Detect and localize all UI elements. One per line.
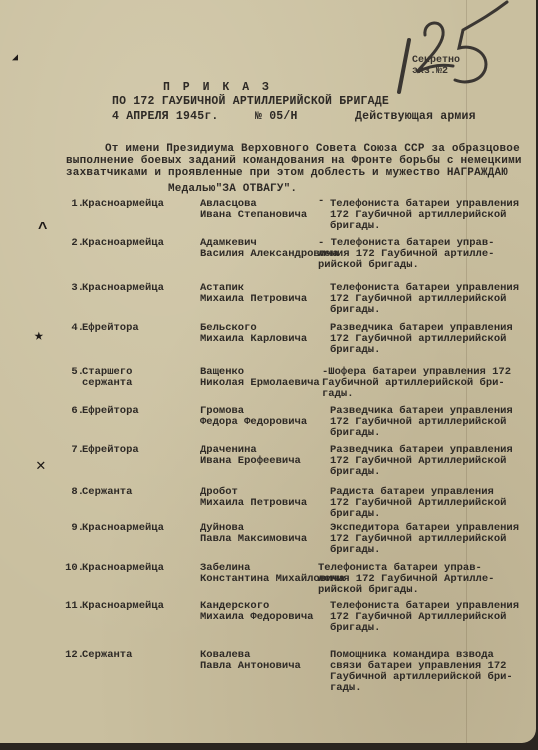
recipient-entry: 12.СержантаКовалева Павла АнтоновичаПомо… [0,650,538,720]
entry-rank: Красноармейца [82,601,164,612]
entry-number: 12. [58,650,84,661]
entry-name: Дробот Михаила Петровича [200,487,307,509]
entry-name: Авласцова Ивана Степановича [200,199,307,221]
margin-mark-star: ★ [34,325,44,345]
entry-rank: Красноармейца [82,283,164,294]
document-number: № 05/Н [255,111,298,122]
entry-position: -Шофера батареи управления 172 Гаубичной… [322,367,511,400]
handwritten-number-125 [395,0,515,95]
entry-rank: Ефрейтора [82,323,139,334]
preamble-line-3: захватчиками и проявленные при этом добл… [66,168,508,179]
entry-name: Ващенко Николая Ермолаевича [200,367,320,389]
entry-number: 5. [58,367,84,378]
entry-position: Телефониста батареи управления 172 Гауби… [330,601,519,634]
entry-name: Драченина Ивана Ерофеевича [200,445,301,467]
award-name: Медалью"ЗА ОТВАГУ". [168,184,297,195]
entry-number: 7. [58,445,84,456]
entry-rank: Сержанта [82,650,132,661]
margin-mark-ink: ◢ [12,52,18,64]
entry-position: Разведчика батареи управления 172 Гаубич… [330,445,513,478]
entry-rank: Старшего сержанта [82,367,132,389]
stamp-line-2: экз.№2 [412,66,460,77]
document-subtitle: ПО 172 ГАУБИЧНОЙ АРТИЛЛЕРИЙСКОЙ БРИГАДЕ [112,96,389,107]
entry-name: Бельского Михаила Карловича [200,323,307,345]
margin-mark-ink: ✕ [36,455,46,475]
entry-position: Радиста батареи управления 172 Гаубичной… [330,487,506,520]
entry-number: 4. [58,323,84,334]
entry-position: Экспедитора батареи управления 172 Гауби… [330,523,519,556]
entry-rank: Красноармейца [82,563,164,574]
document-date: 4 АПРЕЛЯ 1945г. [112,111,219,122]
entry-position: Помощника командира взвода связи батареи… [330,650,513,694]
entry-position: Телефониста батареи управ- ления 172 Гау… [318,563,494,596]
preamble-line-2: выполнение боевых заданий командования н… [66,156,522,167]
entry-position: Телефониста батареи управления 172 Гауби… [330,199,519,232]
entry-position: Телефониста батареи управления 172 Гауби… [330,283,519,316]
entry-rank: Красноармейца [82,199,164,210]
entry-position: Разведчика батареи управления 172 Гаубич… [330,323,513,356]
margin-mark-ink: ^ [38,220,48,238]
document-page: Секретно экз.№2 П Р И К А З ПО 172 ГАУБИ… [0,0,536,743]
entry-rank: Ефрейтора [82,445,139,456]
stamp-line-1: Секретно [412,55,460,66]
entry-name: Кандерского Михаила Федоровича [200,601,313,623]
entry-number: 11. [58,601,84,612]
preamble-line-1: От имени Президиума Верховного Совета Со… [105,144,520,155]
dash-mark: - [318,195,324,207]
entry-number: 8. [58,487,84,498]
entry-rank: Сержанта [82,487,132,498]
entry-number: 3. [58,283,84,294]
entry-rank: Красноармейца [82,523,164,534]
document-location: Действующая армия [355,111,476,122]
entry-number: 2. [58,238,84,249]
entry-number: 9. [58,523,84,534]
secrecy-stamp: Секретно экз.№2 [412,55,460,77]
entry-rank: Ефрейтора [82,406,139,417]
entry-rank: Красноармейца [82,238,164,249]
entry-name: Астапик Михаила Петровича [200,283,307,305]
entry-number: 1. [58,199,84,210]
entry-position: Разведчика батареи управления 172 Гаубич… [330,406,513,439]
entry-number: 10. [58,563,84,574]
document-title: П Р И К А З [163,82,272,93]
entry-position: - Телефониста батареи управ- ления 172 Г… [318,238,494,271]
entry-name: Дуйнова Павла Максимовича [200,523,307,545]
entry-name: Ковалева Павла Антоновича [200,650,301,672]
entry-number: 6. [58,406,84,417]
entry-name: Громова Федора Федоровича [200,406,307,428]
